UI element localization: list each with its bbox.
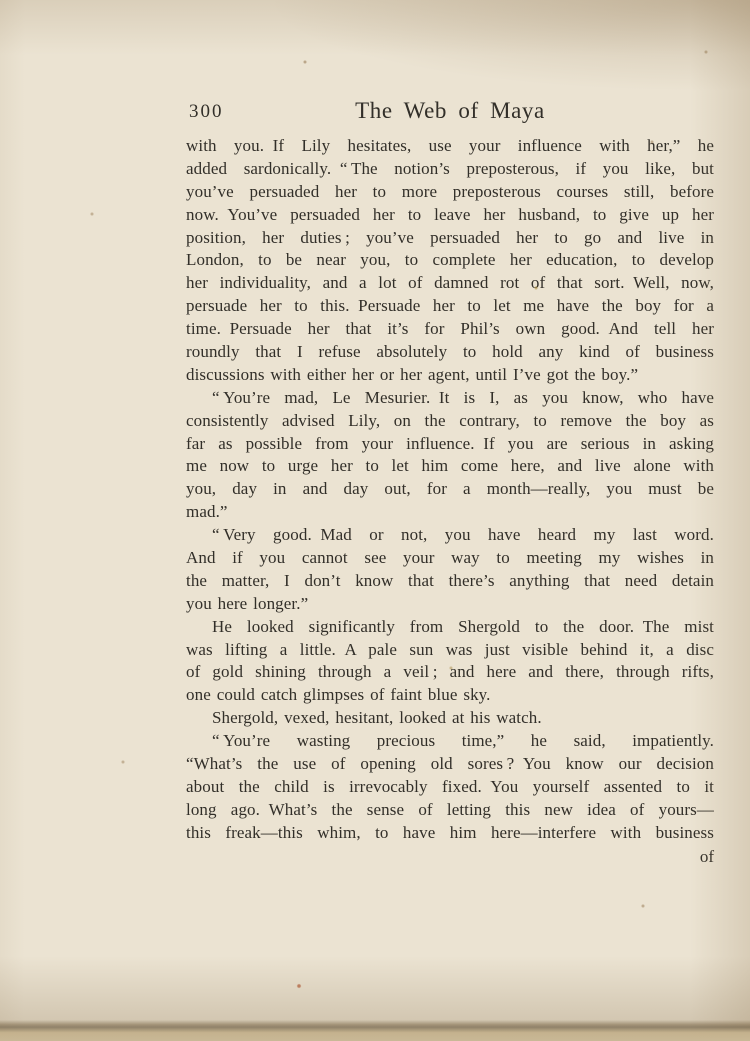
text-line: the matter, I don’t know that there’s an… [186,570,714,593]
text-line: you’ve persuaded her to more preposterou… [186,181,714,204]
page-header: 300 The Web of Maya [186,98,714,128]
paragraph: “ You’re mad, Le Mesurier. It is I, as y… [186,387,714,524]
text-line: mad.” [186,501,714,524]
text-line: “ Very good. Mad or not, you have heard … [186,524,714,547]
text-line: position, her duties ; you’ve persuaded … [186,227,714,250]
text-line: persuade her to this. Persuade her to le… [186,295,714,318]
page-number: 300 [189,101,224,123]
running-title: The Web of Maya [186,98,714,124]
paragraph: with you. If Lily hesitates, use your in… [186,135,714,387]
text-line: added sardonically. “ The notion’s prepo… [186,158,714,181]
text-line: London, to be near you, to complete her … [186,249,714,272]
text-line: “What’s the use of opening old sores ? Y… [186,753,714,776]
text-line: of gold shining through a veil ; and her… [186,661,714,684]
text-line: with you. If Lily hesitates, use your in… [186,135,714,158]
text-line: “ You’re mad, Le Mesurier. It is I, as y… [186,387,714,410]
text-line: consistently advised Lily, on the contra… [186,410,714,433]
text-line: now. You’ve persuaded her to leave her h… [186,204,714,227]
text-line: He looked significantly from Shergold to… [186,616,714,639]
paragraph: “ Very good. Mad or not, you have heard … [186,524,714,616]
text-line: one could catch glimpses of faint blue s… [186,684,714,707]
text-line: “ You’re wasting precious time,” he said… [186,730,714,753]
text-line: was lifting a little. A pale sun was jus… [186,639,714,662]
text-line: this freak—this whim, to have him here—i… [186,822,714,845]
text-line: time. Persuade her that it’s for Phil’s … [186,318,714,341]
text-line: Shergold, vexed, hesitant, looked at his… [186,707,714,730]
text-line: about the child is irrevocably fixed. Yo… [186,776,714,799]
text-line: And if you cannot see your way to meetin… [186,547,714,570]
paragraph: “ You’re wasting precious time,” he said… [186,730,714,844]
text-line: her individuality, and a lot of damned r… [186,272,714,295]
text-line: discussions with either her or her agent… [186,364,714,387]
scanned-book-page: 300 The Web of Maya with you. If Lily he… [0,0,750,1041]
text-line: you, day in and day out, for a month—rea… [186,478,714,501]
text-line: far as possible from your influence. If … [186,433,714,456]
page-edge-shadow [0,1020,750,1041]
paragraph: Shergold, vexed, hesitant, looked at his… [186,707,714,730]
text-line: me now to urge her to let him come here,… [186,455,714,478]
catchword: of [186,846,714,869]
text-line: roundly that I refuse absolutely to hold… [186,341,714,364]
text-line: you here longer.” [186,593,714,616]
paragraph: He looked significantly from Shergold to… [186,616,714,708]
text-line: long ago. What’s the sense of letting th… [186,799,714,822]
text-block: with you. If Lily hesitates, use your in… [186,135,714,845]
